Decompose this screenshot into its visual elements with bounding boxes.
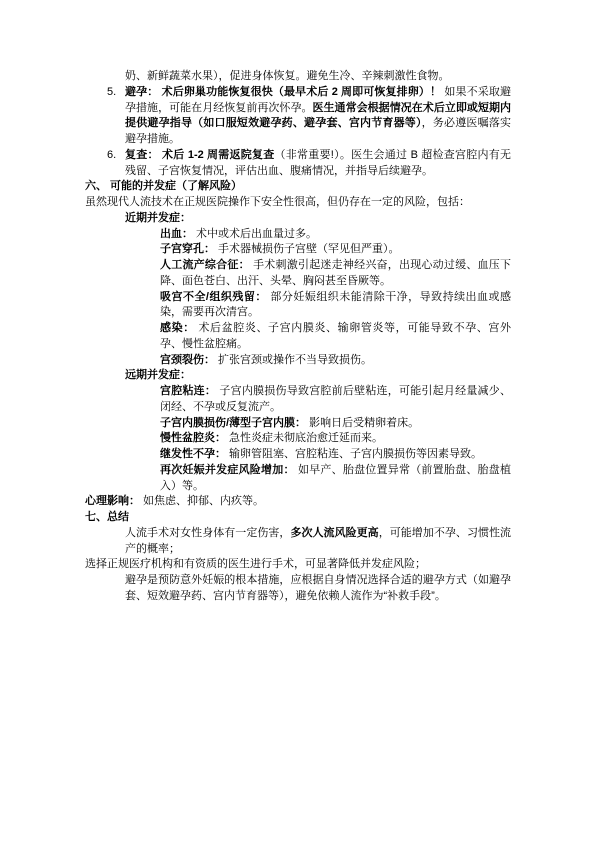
complication-chronic-pid: 慢性盆腔炎： 急性炎症未彻底治愈迁延而来。 xyxy=(85,431,511,447)
text-run: 奶、新鲜蔬菜水果），促进身体恢复。避免生冷、辛辣刺激性食物。 xyxy=(125,70,450,82)
list-marker: 5. xyxy=(107,85,116,101)
summary-point-1: 人流手术对女性身体有一定伤害，多次人流风险更高，可能增加不孕、习惯性流产的概率； xyxy=(85,526,511,558)
list-item-6-followup: 6.复查： 术后 1-2 周需返院复查（非常重要!）。医生会通过 B 超检查宫腔… xyxy=(85,148,511,180)
text-run-bold: 近期并发症： xyxy=(125,212,191,224)
text-run-bold: 避孕： 术后卵巢功能恢复很快（最早术后 2 周即可恢复排卵）！ xyxy=(125,86,441,98)
text-run-bold: 七、总结 xyxy=(85,511,129,523)
text-run-bold: 多次人流风险更高 xyxy=(290,527,378,539)
text-run-bold: 子宫穿孔： xyxy=(160,243,215,255)
text-run: 避孕是预防意外妊娠的根本措施，应根据自身情况选择合适的避孕方式（如避孕套、短效避… xyxy=(125,574,511,602)
section-heading-7: 七、总结 xyxy=(85,510,511,526)
text-run: 术中或术后出血量过多。 xyxy=(193,228,317,240)
complication-secondary-infertility: 继发性不孕： 输卵管阻塞、宫腔粘连、子宫内膜损伤等因素导致。 xyxy=(85,447,511,463)
text-run-bold: 出血： xyxy=(160,228,193,240)
complication-infection: 感染： 术后盆腔炎、子宫内膜炎、输卵管炎等，可能导致不孕、宫外孕、慢性盆腔痛。 xyxy=(85,321,511,353)
complication-endometrium: 子宫内膜损伤/薄型子宫内膜： 影响日后受精卵着床。 xyxy=(85,416,511,432)
complication-syndrome: 人工流产综合征： 手术刺激引起迷走神经兴奋，出现心动过缓、血压下降、面色苍白、出… xyxy=(85,258,511,290)
text-run-bold: 复查： 术后 1-2 周需返院复查 xyxy=(125,149,275,161)
text-run-bold: 慢性盆腔炎： xyxy=(160,432,226,444)
psychological-impact: 心理影响： 如焦虑、抑郁、内疚等。 xyxy=(85,494,511,510)
text-run-bold: 再次妊娠并发症风险增加： xyxy=(160,464,295,476)
document-page: 奶、新鲜蔬菜水果），促进身体恢复。避免生冷、辛辣刺激性食物。5.避孕： 术后卵巢… xyxy=(0,0,595,841)
text-run-bold: 人工流产综合征： xyxy=(160,259,250,271)
text-run: 急性炎症未彻底治愈迁延而来。 xyxy=(226,432,383,444)
text-run-bold: 宫腔粘连： xyxy=(160,385,216,397)
text-run: 手术器械损伤子宫壁（罕见但严重）。 xyxy=(215,243,400,255)
text-run: 人流手术对女性身体有一定伤害， xyxy=(125,527,290,539)
subheading-near-term: 近期并发症： xyxy=(85,211,511,227)
complication-future-pregnancy: 再次妊娠并发症风险增加： 如早产、胎盘位置异常（前置胎盘、胎盘植入）等。 xyxy=(85,463,511,495)
text-run: 输卵管阻塞、宫腔粘连、子宫内膜损伤等因素导致。 xyxy=(226,448,482,460)
complication-perforation: 子宫穿孔： 手术器械损伤子宫壁（罕见但严重）。 xyxy=(85,242,511,258)
text-run-bold: 远期并发症： xyxy=(125,369,191,381)
text-run: 虽然现代人流技术在正规医院操作下安全性很高，但仍存在一定的风险，包括： xyxy=(85,196,470,208)
section-heading-6: 六、 可能的并发症（了解风险） xyxy=(85,179,511,195)
summary-point-2: 选择正规医疗机构和有资质的医生进行手术，可显著降低并发症风险； xyxy=(85,557,511,573)
text-run: 如焦虑、抑郁、内疚等。 xyxy=(140,495,264,507)
text-run-bold: 感染： xyxy=(160,322,195,334)
list-item-5-contraception: 5.避孕： 术后卵巢功能恢复很快（最早术后 2 周即可恢复排卵）！ 如果不采取避… xyxy=(85,85,511,148)
complication-incomplete: 吸宫不全/组织残留： 部分妊娠组织未能清除干净，导致持续出血或感染，需要再次清宫… xyxy=(85,290,511,322)
complication-bleeding: 出血： 术中或术后出血量过多。 xyxy=(85,227,511,243)
complication-adhesion: 宫腔粘连： 子宫内膜损伤导致宫腔前后壁粘连，可能引起月经量减少、闭经、不孕或反复… xyxy=(85,384,511,416)
text-run-bold: 继发性不孕： xyxy=(160,448,226,460)
complication-cervical-tear: 宫颈裂伤： 扩张宫颈或操作不当导致损伤。 xyxy=(85,353,511,369)
text-run-bold: 子宫内膜损伤/薄型子宫内膜： xyxy=(160,417,306,429)
text-run: 术后盆腔炎、子宫内膜炎、输卵管炎等，可能导致不孕、宫外孕、慢性盆腔痛。 xyxy=(160,322,511,350)
summary-point-3: 避孕是预防意外妊娠的根本措施，应根据自身情况选择合适的避孕方式（如避孕套、短效避… xyxy=(85,573,511,605)
text-run-bold: 宫颈裂伤： xyxy=(160,354,215,366)
text-run: 影响日后受精卵着床。 xyxy=(306,417,419,429)
section-6-intro: 虽然现代人流技术在正规医院操作下安全性很高，但仍存在一定的风险，包括： xyxy=(85,195,511,211)
list-marker: 6. xyxy=(107,148,116,164)
text-run-bold: 吸宫不全/组织残留： xyxy=(160,291,267,303)
text-run: 选择正规医疗机构和有资质的医生进行手术，可显著降低并发症风险； xyxy=(85,558,426,570)
text-run: 扩张宫颈或操作不当导致损伤。 xyxy=(215,354,372,366)
text-run-bold: 心理影响： xyxy=(85,495,140,507)
text-run-bold: 六、 可能的并发症（了解风险） xyxy=(85,180,242,192)
item4-continuation: 奶、新鲜蔬菜水果），促进身体恢复。避免生冷、辛辣刺激性食物。 xyxy=(85,69,511,85)
document-body: 奶、新鲜蔬菜水果），促进身体恢复。避免生冷、辛辣刺激性食物。5.避孕： 术后卵巢… xyxy=(85,69,511,605)
subheading-long-term: 远期并发症： xyxy=(85,368,511,384)
